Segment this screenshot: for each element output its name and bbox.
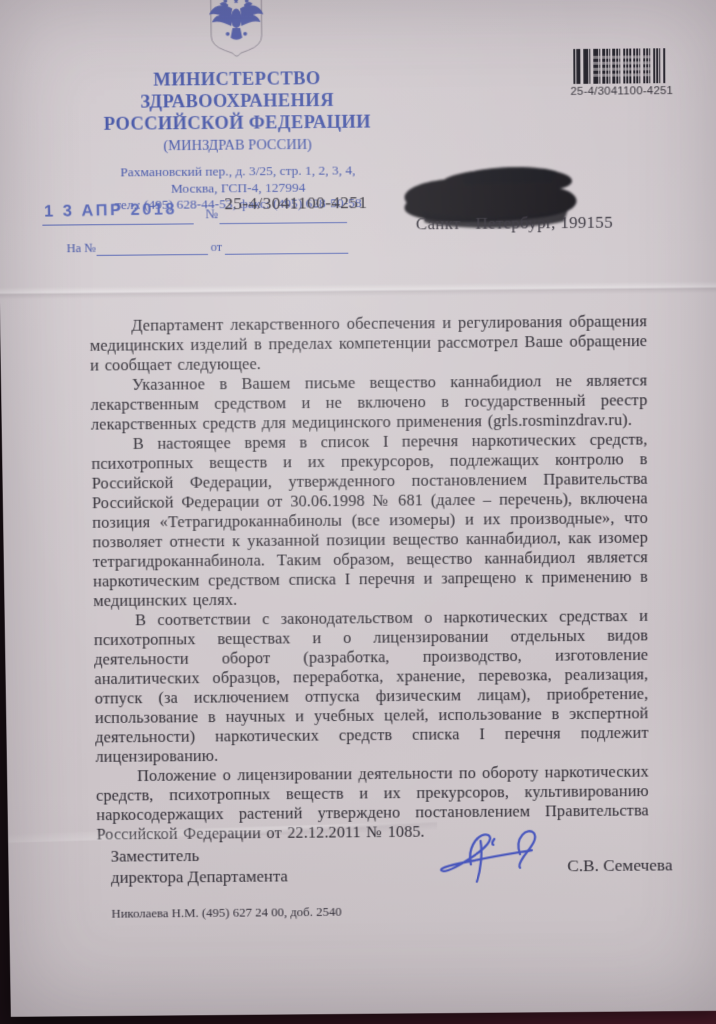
number-underline bbox=[220, 222, 347, 224]
ministry-short-name: (МИНЗДРАВ РОССИИ) bbox=[42, 135, 433, 156]
reference-blank-line bbox=[96, 242, 208, 256]
coat-of-arms-icon bbox=[203, 0, 270, 63]
number-label: № bbox=[205, 206, 218, 222]
fold-crease bbox=[0, 281, 716, 299]
paragraph: В соответствии с законодательством о нар… bbox=[94, 606, 649, 767]
signatory-position-line: Заместитель bbox=[111, 845, 288, 868]
handwritten-signature bbox=[437, 827, 555, 893]
letterhead: МИНИСТЕРСТВО ЗДРАВООХРАНЕНИЯ РОССИЙСКОЙ … bbox=[40, 0, 434, 214]
reference-from-label: от bbox=[211, 240, 223, 254]
letter-paper: МИНИСТЕРСТВО ЗДРАВООХРАНЕНИЯ РОССИЙСКОЙ … bbox=[0, 0, 716, 1017]
letter-body: Департамент лекарственного обеспечения и… bbox=[89, 311, 648, 844]
reference-row: На № от bbox=[67, 239, 349, 256]
ministry-name-line: РОССИЙСКОЙ ФЕДЕРАЦИИ bbox=[42, 111, 433, 136]
signatory-position: Заместитель директора Департамента bbox=[111, 845, 288, 889]
recipient-city: Санкт - Петербург, 199155 bbox=[416, 213, 613, 235]
executor-contact: Николаева Н.М. (495) 627 24 00, доб. 254… bbox=[111, 904, 341, 921]
barcode bbox=[573, 48, 665, 84]
reference-label: На № bbox=[67, 241, 97, 255]
barcode-number: 25-4/3041100-4251 bbox=[570, 85, 673, 98]
paragraph: В настоящее время в список I перечня нар… bbox=[91, 430, 648, 611]
paragraph: Положение о лицензировании деятельности … bbox=[96, 762, 649, 844]
ministry-name: МИНИСТЕРСТВО ЗДРАВООХРАНЕНИЯ РОССИЙСКОЙ … bbox=[41, 67, 433, 136]
signatory-position-line: директора Департамента bbox=[111, 866, 288, 889]
reference-date-blank-line bbox=[225, 241, 349, 255]
photo-background: { "letterhead": { "ministry_lines": ["МИ… bbox=[0, 0, 716, 1024]
date-underline bbox=[42, 223, 193, 225]
document-number: 25-4/3041100-4251 bbox=[224, 192, 367, 214]
paragraph: Указанное в Вашем письме вещество каннаб… bbox=[90, 371, 647, 435]
signatory-name: С.В. Семечева bbox=[567, 855, 672, 876]
paragraph: Департамент лекарственного обеспечения и… bbox=[89, 311, 647, 375]
date-stamp: 1 3 АПР 2018 bbox=[44, 200, 194, 222]
